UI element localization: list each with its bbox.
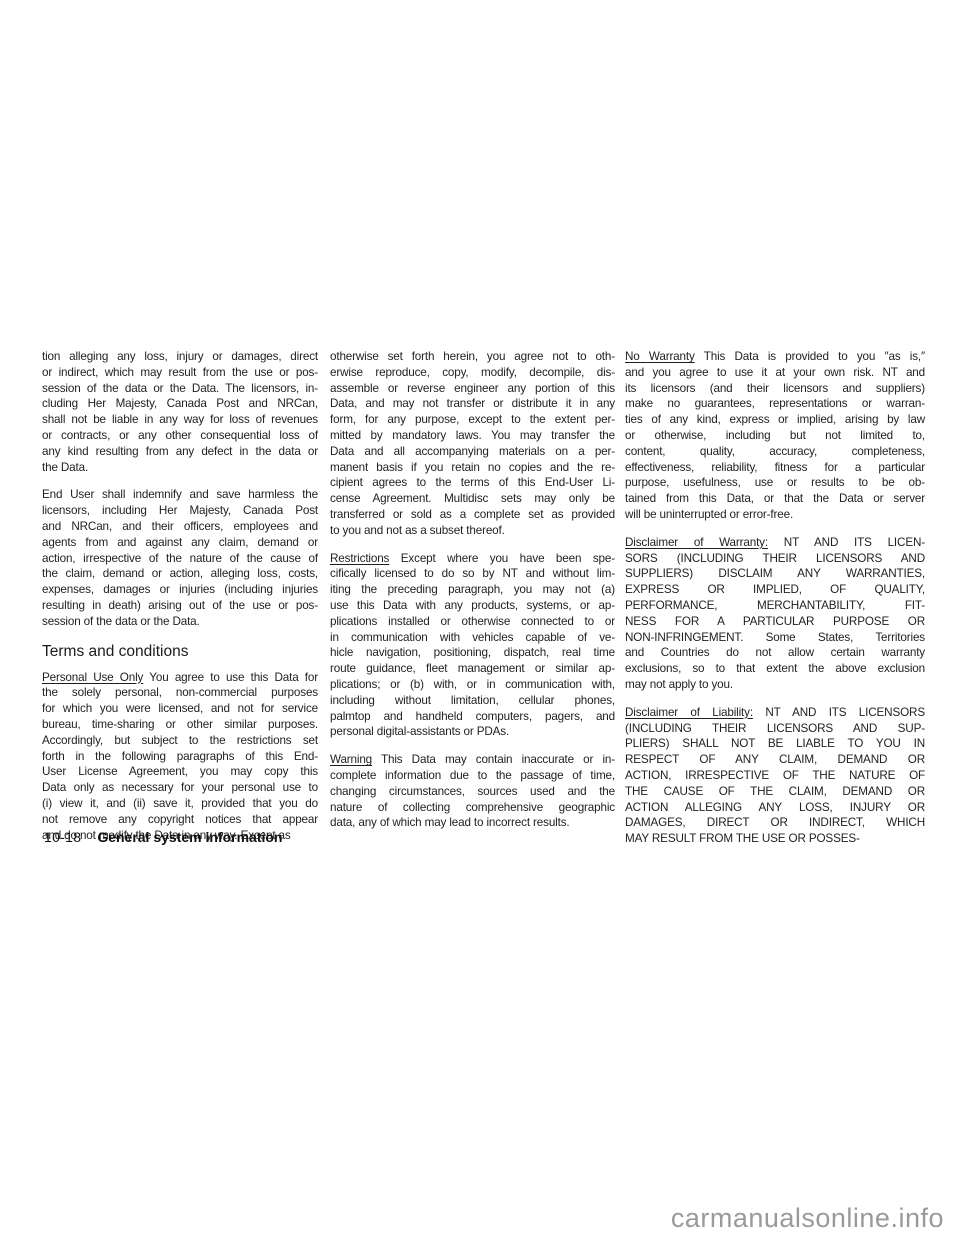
text-line: cluding Her Majesty, Canada Post and NRC… [42, 396, 318, 412]
text-line: or otherwise, including but not limited … [625, 428, 925, 444]
text-line: and Countries do not allow certain warra… [625, 645, 925, 661]
text-line: form, for any purpose, except to the ext… [330, 412, 615, 428]
text-line: erwise reproduce, copy, modify, decompil… [330, 365, 615, 381]
paragraph: Personal Use Only You agree to use this … [42, 670, 318, 844]
text-line: Data only as necessary for your personal… [42, 780, 318, 796]
text-column-middle: otherwise set forth herein, you agree no… [330, 349, 615, 843]
text-line: tained from this Data, or that the Data … [625, 491, 925, 507]
text-line: RESPECT OF ANY CLAIM, DEMAND OR [625, 752, 925, 768]
text-line: tion alleging any loss, injury or damage… [42, 349, 318, 365]
run-in-heading: Disclaimer of Liability: [625, 706, 753, 719]
text-line: plications; or (b) with, or in communica… [330, 677, 615, 693]
paragraph: tion alleging any loss, injury or damage… [42, 349, 318, 475]
text-line: iting the preceding paragraph, you may n… [330, 582, 615, 598]
text-line: DAMAGES, DIRECT OR INDIRECT, WHICH [625, 815, 925, 831]
footer-section-title: General system information [97, 829, 282, 845]
text-line: Accordingly, but subject to the restrict… [42, 733, 318, 749]
text-line: for which you were licensed, and not for… [42, 701, 318, 717]
paragraph: Disclaimer of Liability: NT AND ITS LICE… [625, 705, 925, 847]
run-in-heading: Personal Use Only [42, 671, 143, 684]
text-line: SORS (INCLUDING THEIR LICENSORS AND [625, 551, 925, 567]
paragraph: Disclaimer of Warranty: NT AND ITS LICEN… [625, 535, 925, 693]
text-line: Personal Use Only You agree to use this … [42, 670, 318, 686]
text-line: (INCLUDING THEIR LICENSORS AND SUP- [625, 721, 925, 737]
text-line: purpose, usefulness, use or results to b… [625, 475, 925, 491]
text-line: to you and not as a subset thereof. [330, 523, 615, 539]
text-line: NON-INFRINGEMENT. Some States, Territori… [625, 630, 925, 646]
text-line: and you agree to use it at your own risk… [625, 365, 925, 381]
manual-page: { "page": { "footer": { "page_number": "… [0, 0, 960, 1242]
text-line: EXPRESS OR IMPLIED, OF QUALITY, [625, 582, 925, 598]
text-line: otherwise set forth herein, you agree no… [330, 349, 615, 365]
text-line: in communication with vehicles capable o… [330, 630, 615, 646]
text-line: exclusions, so to that extent the above … [625, 661, 925, 677]
text-line: may not apply to you. [625, 677, 925, 693]
text-line: the solely personal, non-commercial purp… [42, 685, 318, 701]
text-line: THE CAUSE OF THE CLAIM, DEMAND OR [625, 784, 925, 800]
text-line: effectiveness, reliability, fitness for … [625, 460, 925, 476]
text-column-left: tion alleging any loss, injury or damage… [42, 349, 318, 855]
text-line: expenses, damages or injuries (including… [42, 582, 318, 598]
text-line: session of the data or the Data. [42, 614, 318, 630]
text-line: Warning This Data may contain inaccurate… [330, 752, 615, 768]
text-line: will be uninterrupted or error-free. [625, 507, 925, 523]
text-line: manent basis if you retain no copies and… [330, 460, 615, 476]
text-line: ties of any kind, express or implied, ar… [625, 412, 925, 428]
text-column-right: No Warranty This Data is provided to you… [625, 349, 925, 859]
text-line: plications installed or otherwise connec… [330, 614, 615, 630]
text-line: Data, and may not transfer or distribute… [330, 396, 615, 412]
text-line: resulting in death) arising out of the u… [42, 598, 318, 614]
text-line: forth in the following paragraphs of thi… [42, 749, 318, 765]
text-line: licensors, including Her Majesty, Canada… [42, 503, 318, 519]
text-line: or contracts, or any other consequential… [42, 428, 318, 444]
text-line: User License Agreement, you may copy thi… [42, 764, 318, 780]
run-in-heading: Warning [330, 753, 372, 766]
page-number: 10-18 [44, 829, 81, 845]
text-line: complete information due to the passage … [330, 768, 615, 784]
text-line: nature of collecting comprehensive geogr… [330, 800, 615, 816]
paragraph: otherwise set forth herein, you agree no… [330, 349, 615, 539]
text-line: cense Agreement. Multidisc sets may only… [330, 491, 615, 507]
text-line: content, quality, accuracy, completeness… [625, 444, 925, 460]
paragraph: Restrictions Except where you have been … [330, 551, 615, 741]
section-heading: Terms and conditions [42, 642, 318, 662]
text-line: Disclaimer of Warranty: NT AND ITS LICEN… [625, 535, 925, 551]
text-line: assemble or reverse engineer any portion… [330, 381, 615, 397]
text-line: use this Data with any products, systems… [330, 598, 615, 614]
text-line: session of the data or the Data. The lic… [42, 381, 318, 397]
text-line: bureau, time-sharing or other similar pu… [42, 717, 318, 733]
text-line: mitted by mandatory laws. You may transf… [330, 428, 615, 444]
text-line: End User shall indemnify and save harmle… [42, 487, 318, 503]
text-line: NESS FOR A PARTICULAR PURPOSE OR [625, 614, 925, 630]
text-line: Disclaimer of Liability: NT AND ITS LICE… [625, 705, 925, 721]
watermark-text: carmanualsonline.info [671, 1203, 944, 1234]
text-line: shall not be liable in any way for loss … [42, 412, 318, 428]
text-line: route guidance, fleet management or simi… [330, 661, 615, 677]
text-line: Data and all accompanying materials on a… [330, 444, 615, 460]
text-line: hicle navigation, positioning, dispatch,… [330, 645, 615, 661]
text-line: ACTION ALLEGING ANY LOSS, INJURY OR [625, 800, 925, 816]
text-line: including without limitation, cellular p… [330, 693, 615, 709]
paragraph: No Warranty This Data is provided to you… [625, 349, 925, 523]
text-line: cifically licensed to do so by NT and wi… [330, 566, 615, 582]
text-line: not remove any copyright notices that ap… [42, 812, 318, 828]
text-line: transferred or sold as a complete set as… [330, 507, 615, 523]
text-line: personal digital-assistants or PDAs. [330, 724, 615, 740]
text-line: and NRCan, and their officers, employees… [42, 519, 318, 535]
text-line: the Data. [42, 460, 318, 476]
text-line: data, any of which may lead to incorrect… [330, 815, 615, 831]
text-line: ACTION, IRRESPECTIVE OF THE NATURE OF [625, 768, 925, 784]
text-line: MAY RESULT FROM THE USE OR POSSES- [625, 831, 925, 847]
text-line: agents from and against any claim, deman… [42, 535, 318, 551]
text-line: SUPPLIERS) DISCLAIM ANY WARRANTIES, [625, 566, 925, 582]
text-line: any kind resulting from any defect in th… [42, 444, 318, 460]
text-line: Restrictions Except where you have been … [330, 551, 615, 567]
text-line: cipient agrees to the terms of this End-… [330, 475, 615, 491]
page-footer: 10-18General system information [44, 829, 282, 845]
text-line: make no guarantees, representations or w… [625, 396, 925, 412]
run-in-heading: Restrictions [330, 552, 389, 565]
text-line: palmtop and handheld computers, pagers, … [330, 709, 615, 725]
paragraph: Warning This Data may contain inaccurate… [330, 752, 615, 831]
text-line: or indirect, which may result from the u… [42, 365, 318, 381]
run-in-heading: Disclaimer of Warranty: [625, 536, 768, 549]
paragraph: End User shall indemnify and save harmle… [42, 487, 318, 629]
text-line: the claim, demand or action, alleging lo… [42, 566, 318, 582]
text-line: PERFORMANCE, MERCHANTABILITY, FIT- [625, 598, 925, 614]
text-line: action, irrespective of the nature of th… [42, 551, 318, 567]
run-in-heading: No Warranty [625, 350, 695, 363]
text-line: changing circumstances, sources used and… [330, 784, 615, 800]
text-line: PLIERS) SHALL NOT BE LIABLE TO YOU IN [625, 736, 925, 752]
text-line: (i) view it, and (ii) save it, provided … [42, 796, 318, 812]
text-line: its licensors (and their licensors and s… [625, 381, 925, 397]
text-line: No Warranty This Data is provided to you… [625, 349, 925, 365]
